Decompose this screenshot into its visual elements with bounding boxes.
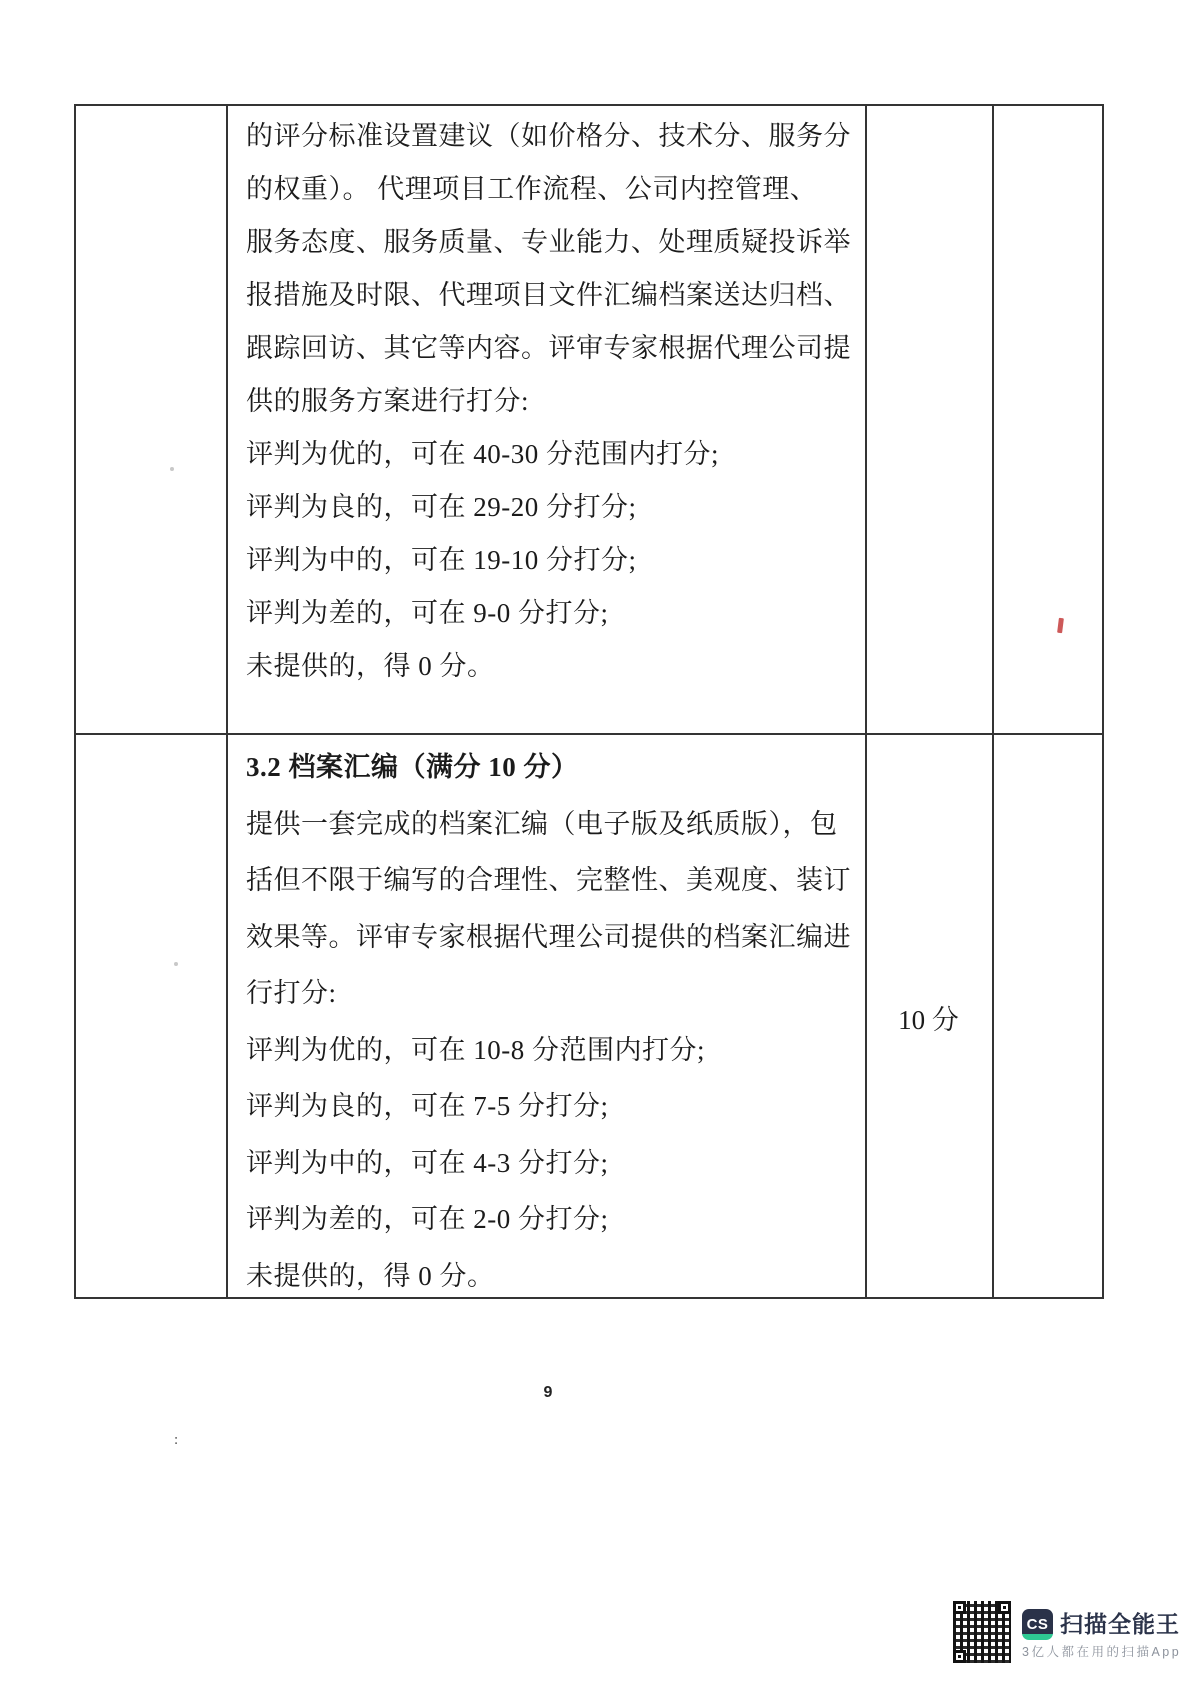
- criteria-cell-service-plan: 的评分标准设置建议（如价格分、技术分、服务分的权重）。 代理项目工作流程、公司内…: [228, 106, 863, 731]
- scanned-document-page: 的评分标准设置建议（如价格分、技术分、服务分的权重）。 代理项目工作流程、公司内…: [0, 0, 1190, 1684]
- criteria-cell-archive-compilation: 3.2 档案汇编（满分 10 分） 提供一套完成的档案汇编（电子版及纸质版），包…: [228, 735, 863, 1299]
- qr-finder-icon: [953, 1601, 966, 1614]
- qr-code-icon: [953, 1601, 1011, 1663]
- table-column-divider-3: [992, 106, 994, 1297]
- criteria-lines: 提供一套完成的档案汇编（电子版及纸质版），包括但不限于编写的合理性、完整性、美观…: [246, 796, 849, 1305]
- criteria-heading: 3.2 档案汇编（满分 10 分）: [246, 739, 849, 796]
- qr-finder-icon: [953, 1650, 966, 1663]
- page-number: 9: [536, 1384, 560, 1402]
- score-cell-row1: [867, 106, 990, 731]
- camscanner-logo-icon: CS: [1022, 1609, 1053, 1640]
- stray-ink-mark: :: [174, 1432, 178, 1449]
- qr-finder-icon: [998, 1601, 1011, 1614]
- camscanner-watermark: CS 扫描全能王 3亿人都在用的扫描App: [950, 1598, 1170, 1668]
- scan-speck: [170, 467, 174, 471]
- camscanner-tagline: 3亿人都在用的扫描App: [1022, 1642, 1181, 1660]
- camscanner-app-name: 扫描全能王: [1060, 1606, 1180, 1639]
- evaluation-table: 的评分标准设置建议（如价格分、技术分、服务分的权重）。 代理项目工作流程、公司内…: [74, 104, 1104, 1299]
- scan-speck: [174, 962, 178, 966]
- score-cell-row2: 10 分: [867, 735, 990, 1299]
